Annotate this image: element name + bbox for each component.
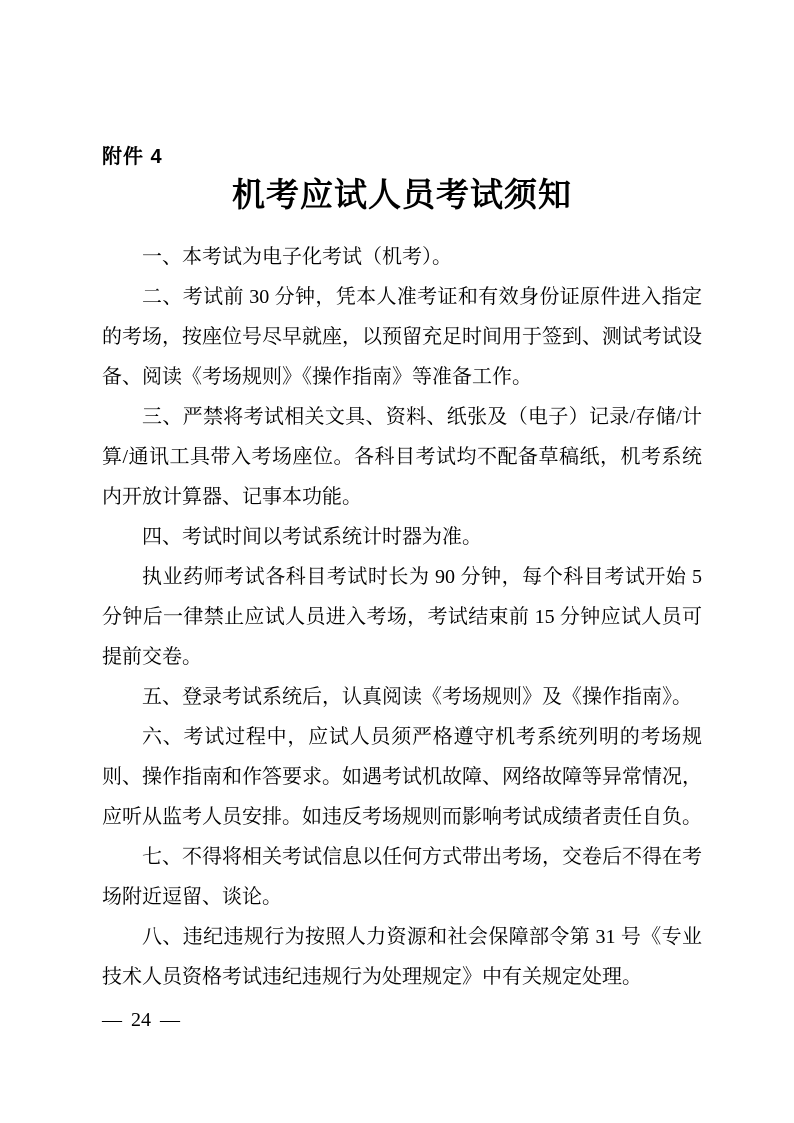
paragraph-2: 二、考试前 30 分钟，凭本人准考证和有效身份证原件进入指定的考场，按座位号尽早…	[102, 277, 702, 397]
page-title: 机考应试人员考试须知	[102, 177, 702, 215]
paragraph-3: 三、严禁将考试相关文具、资料、纸张及（电子）记录/存储/计算/通讯工具带入考场座…	[102, 397, 702, 517]
footer-left-dash: —	[102, 1008, 122, 1032]
paragraph-1: 一、本考试为电子化考试（机考）。	[102, 237, 702, 277]
document-body: 一、本考试为电子化考试（机考）。 二、考试前 30 分钟，凭本人准考证和有效身份…	[102, 237, 702, 997]
paragraph-9: 八、违纪违规行为按照人力资源和社会保障部令第 31 号《专业技术人员资格考试违纪…	[102, 917, 702, 997]
paragraph-6: 五、登录考试系统后，认真阅读《考场规则》及《操作指南》。	[102, 677, 702, 717]
footer-page-number: 24	[131, 1008, 151, 1032]
page-content: 附件 4 机考应试人员考试须知 一、本考试为电子化考试（机考）。 二、考试前 3…	[102, 145, 702, 997]
attachment-label: 附件 4	[102, 145, 702, 169]
paragraph-4: 四、考试时间以考试系统计时器为准。	[102, 517, 702, 557]
paragraph-8: 七、不得将相关考试信息以任何方式带出考场，交卷后不得在考场附近逗留、谈论。	[102, 837, 702, 917]
paragraph-7: 六、考试过程中，应试人员须严格遵守机考系统列明的考场规则、操作指南和作答要求。如…	[102, 717, 702, 837]
paragraph-5: 执业药师考试各科目考试时长为 90 分钟，每个科目考试开始 5 分钟后一律禁止应…	[102, 557, 702, 677]
document-page: { "colors": { "text": "#000000", "backgr…	[0, 0, 794, 1123]
page-footer: — 24 —	[102, 1008, 180, 1032]
footer-right-dash: —	[160, 1008, 180, 1032]
